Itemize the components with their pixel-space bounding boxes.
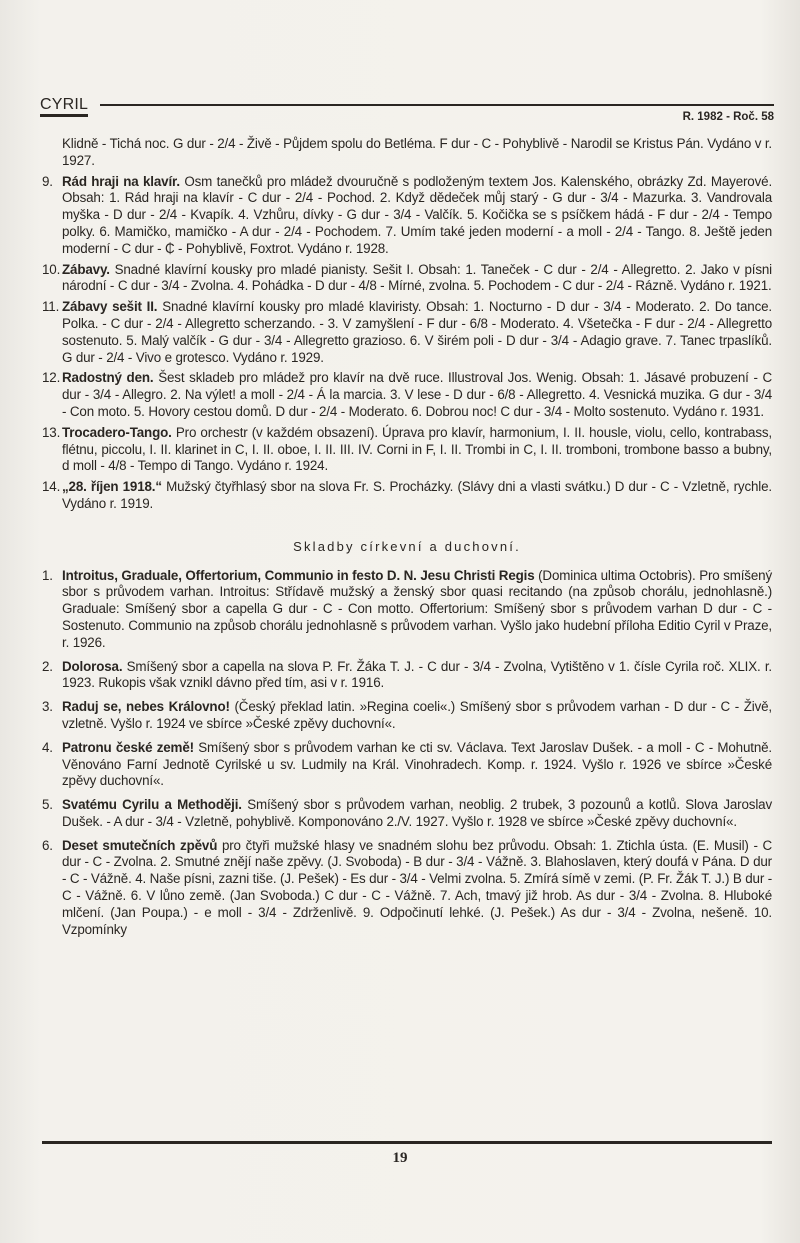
entry-number: 13. [42,425,62,442]
document-page: CYRIL R. 1982 - Roč. 58 Klidně - Tichá n… [0,0,800,1243]
page-header: CYRIL R. 1982 - Roč. 58 [40,97,774,127]
entry-number: 1. [42,568,62,585]
page-content: Klidně - Tichá noc. G dur - 2/4 - Živě -… [42,136,772,938]
page-number: 19 [0,1150,800,1167]
section-heading: Skladby církevní a duchovní. [42,539,772,556]
list-entry: 6.Deset smutečních zpěvů pro čtyři mužsk… [42,838,772,939]
church-works-list: 1.Introitus, Graduale, Offertorium, Comm… [42,568,772,939]
list-entry: 5.Svatému Cyrilu a Methoději. Smíšený sb… [42,797,772,831]
entry-title: „28. říjen 1918.“ [62,479,162,494]
entry-number: 9. [42,174,62,191]
entry-title: Raduj se, nebes Královno! [62,699,230,714]
list-entry: 11.Zábavy sešit II. Snadné klavírní kous… [42,299,772,366]
entry-title: Patronu české země! [62,740,194,755]
list-entry: 4.Patronu české země! Smíšený sbor s prů… [42,740,772,790]
list-entry: 2.Dolorosa. Smíšený sbor a capella na sl… [42,659,772,693]
entry-title: Introitus, Graduale, Offertorium, Commun… [62,568,535,583]
entry-title: Zábavy. [62,262,110,277]
journal-title: CYRIL [40,97,88,117]
list-entry: 3.Raduj se, nebes Královno! (Český překl… [42,699,772,733]
entry-number: 12. [42,370,62,387]
entry-description: Mužský čtyřhlasý sbor na slova Fr. S. Pr… [62,479,772,511]
entry-title: Radostný den. [62,370,153,385]
entry-title: Trocadero-Tango. [62,425,172,440]
entry-number: 11. [42,299,62,316]
entry-description: Snadné klavírní kousky pro mladé klaviri… [62,299,772,364]
list-entry: 12.Radostný den. Šest skladeb pro mládež… [42,370,772,420]
issue-info: R. 1982 - Roč. 58 [683,111,774,123]
list-entry: 14.„28. říjen 1918.“ Mužský čtyřhlasý sb… [42,479,772,513]
list-entry: 10.Zábavy. Snadné klavírní kousky pro ml… [42,262,772,296]
list-entry: 13.Trocadero-Tango. Pro orchestr (v každ… [42,425,772,475]
entry-description: Snadné klavírní kousky pro mladé pianist… [62,262,772,294]
list-entry: 1.Introitus, Graduale, Offertorium, Comm… [42,568,772,652]
entry-title: Dolorosa. [62,659,122,674]
entry-description: Šest skladeb pro mládež pro klavír na dv… [62,370,772,419]
entry-title: Deset smutečních zpěvů [62,838,217,853]
entry-number: 4. [42,740,62,757]
entry-number: 5. [42,797,62,814]
entry-title: Svatému Cyrilu a Methoději. [62,797,242,812]
entry-number: 3. [42,699,62,716]
entry-number: 14. [42,479,62,496]
intro-paragraph: Klidně - Tichá noc. G dur - 2/4 - Živě -… [42,136,772,170]
entry-title: Rád hraji na klavír. [62,174,180,189]
list-entry: 9.Rád hraji na klavír. Osm tanečků pro m… [42,174,772,258]
entry-number: 6. [42,838,62,855]
header-rule [100,104,774,106]
footer-rule [42,1141,772,1144]
secular-works-list: 9.Rád hraji na klavír. Osm tanečků pro m… [42,174,772,513]
entry-title: Zábavy sešit II. [62,299,157,314]
entry-description: Smíšený sbor a capella na slova P. Fr. Ž… [62,659,772,691]
entry-number: 2. [42,659,62,676]
entry-number: 10. [42,262,62,279]
